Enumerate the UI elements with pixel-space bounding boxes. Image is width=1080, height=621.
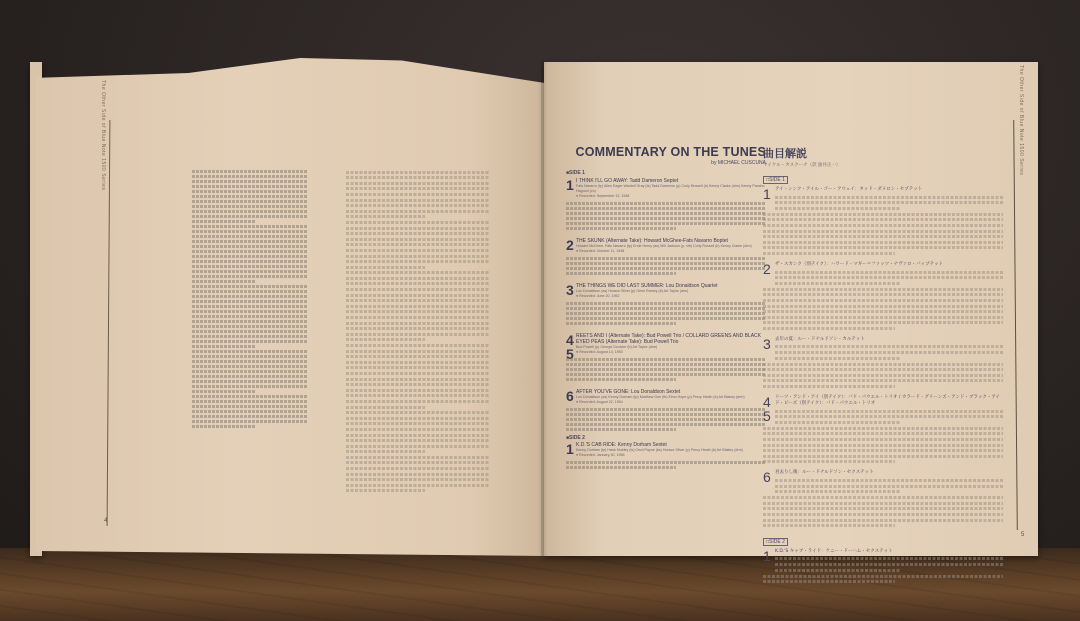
body-text-line	[346, 450, 425, 453]
body-text-line	[775, 410, 1003, 413]
body-text-line	[775, 276, 1003, 279]
body-text-line	[192, 230, 308, 233]
body-text-line	[763, 449, 1003, 452]
jp-track-title: ザ・スカンク（別テイク）：ハワード・マギー＝ファッツ・ナヴァロ・バップテット	[775, 262, 1003, 268]
body-text-line	[763, 235, 1003, 238]
track-recorded: ● Recorded: September 13, 1948	[576, 194, 766, 199]
body-text-line	[346, 461, 490, 464]
body-text-line	[192, 295, 308, 298]
body-text-line	[566, 227, 676, 230]
body-text-line	[192, 325, 308, 328]
track-recorded: ● Recorded: January 30, 1955	[576, 453, 766, 458]
body-text-line	[192, 280, 256, 283]
body-text-line	[192, 170, 308, 173]
body-text-line	[346, 299, 490, 302]
body-text-line	[763, 575, 1003, 578]
right-running-header: The Other Side of Blue Note 1500 Series	[1018, 65, 1024, 175]
body-text-line	[346, 182, 490, 185]
body-text-line	[763, 374, 1003, 377]
body-text-line	[346, 333, 490, 336]
body-text-line	[346, 171, 490, 174]
body-text-line	[763, 224, 1003, 227]
jp-track-number: 2	[763, 262, 771, 276]
body-text-line	[192, 380, 308, 383]
body-text-line	[775, 207, 900, 210]
body-text-line	[566, 222, 766, 225]
body-text-line	[763, 455, 1003, 458]
body-text-line	[763, 218, 1003, 221]
body-text-line	[192, 185, 308, 188]
body-text-line	[192, 210, 308, 213]
jp-track-entry: 2ザ・スカンク（別テイク）：ハワード・マギー＝ファッツ・ナヴァロ・バップテット	[763, 262, 1003, 330]
body-text-line	[192, 395, 308, 398]
body-text-line	[775, 557, 1003, 560]
body-text-line	[346, 428, 490, 431]
body-text-line	[566, 317, 766, 320]
jp-track-number: 45	[763, 395, 771, 423]
body-text-line	[775, 351, 1003, 354]
body-text-line	[192, 370, 308, 373]
body-text-line	[192, 240, 308, 243]
track-entry: 1K.D.'S CAB RIDE: Kenny Dorham SextetKen…	[566, 442, 766, 469]
left-english-column	[192, 168, 308, 430]
liner-notes-booklet: The Other Side of Blue Note 1500 Series …	[0, 0, 1080, 621]
side-1-label: ■SIDE 1	[566, 170, 766, 176]
left-running-header: The Other Side of Blue Note 1500 Series	[100, 80, 106, 190]
jp-track-entry: 1K.D.'S キャブ・ライド：ケニー・ドーハム・セクステット	[763, 549, 1003, 583]
body-text-line	[763, 460, 895, 463]
track-personnel: Fats Navarro (tp) Allen Eager Wardell Gr…	[576, 184, 766, 194]
body-text-line	[192, 405, 308, 408]
body-text-line	[566, 413, 766, 416]
body-text-line	[566, 262, 766, 265]
jp-track-number: 1	[763, 187, 771, 201]
body-text-line	[192, 245, 308, 248]
body-text-line	[192, 175, 308, 178]
track-recorded: ● Recorded: October 11, 1948	[576, 249, 766, 254]
body-text-line	[192, 220, 256, 223]
body-text-line	[192, 250, 308, 253]
body-text-line	[192, 275, 308, 278]
body-text-line	[192, 305, 308, 308]
body-text-line	[192, 390, 256, 393]
body-text-line	[192, 400, 308, 403]
japanese-commentary-title: 曲目解説	[763, 145, 1003, 161]
body-text-line	[192, 340, 308, 343]
jp-track-entry: 45リーツ・アンド・アイ（別テイク）：バド・パウエル・トリオ / カラード・グリ…	[763, 395, 1003, 463]
body-text-line	[566, 461, 766, 464]
body-text-line	[346, 422, 490, 425]
body-text-line	[763, 438, 1003, 441]
body-text-line	[192, 235, 308, 238]
jp-track-title: 君去りし後：ルー・ドナルドソン・セクステット	[775, 470, 1003, 476]
body-text-line	[192, 310, 308, 313]
body-text-line	[192, 190, 308, 193]
body-text-line	[566, 466, 676, 469]
body-text-line	[775, 479, 1003, 482]
body-text-line	[192, 265, 308, 268]
body-text-line	[763, 379, 1003, 382]
body-text-line	[763, 327, 895, 330]
jp-track-number: 1	[763, 549, 771, 563]
track-title: REETS AND I (Alternate Take): Bud Powell…	[576, 333, 766, 345]
body-text-line	[566, 302, 766, 305]
body-text-line	[566, 408, 766, 411]
body-text-line	[346, 350, 490, 353]
body-text-line	[763, 502, 1003, 505]
booklet-gutter	[541, 60, 547, 556]
body-text-line	[346, 215, 425, 218]
commentary-title: COMMENTARY ON THE TUNES	[566, 145, 766, 159]
body-text-line	[566, 212, 766, 215]
body-text-line	[763, 368, 1003, 371]
body-text-line	[346, 389, 490, 392]
body-text-line	[192, 335, 308, 338]
body-text-line	[346, 305, 490, 308]
track-number: 6	[566, 389, 574, 403]
body-text-line	[763, 427, 1003, 430]
body-text-line	[192, 365, 308, 368]
body-text-line	[346, 204, 490, 207]
body-text-line	[763, 363, 1003, 366]
body-text-line	[763, 524, 895, 527]
body-text-line	[763, 321, 1003, 324]
body-text-line	[346, 294, 490, 297]
jp-track-entry: 3去年の夏：ルー・ドナルドソン・カルテット	[763, 337, 1003, 388]
left-japanese-column	[346, 168, 490, 495]
track-entry: 2THE SKUNK (Alternate Take): Howard McGh…	[566, 238, 766, 275]
jp-track-entry: 6君去りし後：ルー・ドナルドソン・セクステット	[763, 470, 1003, 527]
body-text-line	[763, 230, 1003, 233]
body-text-line	[346, 406, 425, 409]
track-recorded: ● Recorded: June 20, 1952	[576, 294, 766, 299]
body-text-line	[775, 415, 1003, 418]
body-text-line	[775, 201, 1003, 204]
body-text-line	[775, 271, 1003, 274]
body-text-line	[346, 344, 490, 347]
side-2-label: ■SIDE 2	[566, 435, 766, 441]
body-text-line	[346, 210, 490, 213]
body-text-line	[192, 350, 308, 353]
track-entry: 45REETS AND I (Alternate Take): Bud Powe…	[566, 333, 766, 381]
body-text-line	[775, 490, 900, 493]
body-text-line	[346, 489, 425, 492]
body-text-line	[346, 199, 490, 202]
body-text-line	[346, 271, 490, 274]
body-text-line	[566, 423, 766, 426]
track-number: 1	[566, 442, 574, 456]
body-text-line	[346, 255, 490, 258]
track-entry: 1I THINK I'LL GO AWAY: Tadd Dameron Sept…	[566, 178, 766, 230]
body-text-line	[763, 519, 1003, 522]
body-text-line	[566, 378, 676, 381]
track-recorded: ● Recorded: August 22, 1954	[576, 400, 766, 405]
body-text-line	[566, 428, 676, 431]
body-text-line	[763, 580, 895, 583]
body-text-line	[192, 425, 256, 428]
body-text-line	[775, 196, 1003, 199]
body-text-line	[192, 315, 308, 318]
body-text-line	[192, 270, 308, 273]
body-text-line	[346, 260, 490, 263]
left-page-number: 4	[104, 518, 107, 524]
body-text-line	[346, 366, 490, 369]
jp-track-number: 3	[763, 337, 771, 351]
track-number: 1	[566, 178, 574, 192]
body-text-line	[566, 257, 766, 260]
track-number: 2	[566, 238, 574, 252]
body-text-line	[192, 320, 308, 323]
body-text-line	[346, 310, 490, 313]
commentary-section: COMMENTARY ON THE TUNES by MICHAEL CUSCU…	[566, 145, 766, 471]
jp-track-title: K.D.'S キャブ・ライド：ケニー・ドーハム・セクステット	[775, 549, 1003, 555]
body-text-line	[763, 432, 1003, 435]
body-text-line	[192, 260, 308, 263]
body-text-line	[192, 215, 308, 218]
body-text-line	[346, 439, 490, 442]
body-text-line	[346, 238, 490, 241]
body-text-line	[775, 563, 1003, 566]
body-text-line	[192, 225, 308, 228]
body-text-line	[763, 246, 1003, 249]
body-text-line	[346, 193, 490, 196]
body-text-line	[192, 410, 308, 413]
body-text-line	[192, 415, 308, 418]
body-text-line	[763, 305, 1003, 308]
body-text-line	[566, 202, 766, 205]
body-text-line	[346, 232, 490, 235]
body-text-line	[763, 496, 1003, 499]
body-text-line	[763, 310, 1003, 313]
body-text-line	[346, 227, 490, 230]
body-text-line	[346, 361, 490, 364]
body-text-line	[763, 293, 1003, 296]
body-text-line	[346, 355, 490, 358]
body-text-line	[346, 473, 490, 476]
body-text-line	[192, 290, 308, 293]
body-text-line	[192, 195, 308, 198]
body-text-line	[346, 338, 425, 341]
body-text-line	[346, 277, 490, 280]
body-text-line	[763, 316, 1003, 319]
body-text-line	[346, 288, 490, 291]
body-text-line	[192, 345, 256, 348]
body-text-line	[775, 345, 1003, 348]
body-text-line	[763, 513, 1003, 516]
track-entry: 3THE THINGS WE DID LAST SUMMER: Lou Dona…	[566, 283, 766, 325]
commentary-byline: by MICHAEL CUSCUNA	[566, 160, 766, 166]
body-text-line	[192, 375, 308, 378]
body-text-line	[775, 485, 1003, 488]
body-text-line	[566, 368, 766, 371]
body-text-line	[566, 363, 766, 366]
body-text-line	[346, 249, 490, 252]
body-text-line	[566, 272, 676, 275]
body-text-line	[346, 383, 490, 386]
body-text-line	[192, 300, 308, 303]
body-text-line	[346, 176, 490, 179]
body-text-line	[763, 241, 1003, 244]
jp-side-2-label: □SIDE 2	[763, 538, 788, 546]
body-text-line	[763, 213, 1003, 216]
jp-track-number: 6	[763, 470, 771, 484]
body-text-line	[192, 420, 308, 423]
body-text-line	[346, 478, 490, 481]
jp-track-title: リーツ・アンド・アイ（別テイク）：バド・パウエル・トリオ / カラード・グリーン…	[775, 395, 1003, 407]
body-text-line	[192, 255, 308, 258]
body-text-line	[566, 307, 766, 310]
body-text-line	[763, 288, 1003, 291]
body-text-line	[763, 252, 895, 255]
body-text-line	[566, 312, 766, 315]
track-number: 3	[566, 283, 574, 297]
body-text-line	[346, 378, 490, 381]
body-text-line	[566, 373, 766, 376]
body-text-line	[346, 445, 490, 448]
body-text-line	[192, 205, 308, 208]
body-text-line	[192, 360, 308, 363]
track-number: 45	[566, 333, 574, 361]
body-text-line	[346, 243, 490, 246]
jp-track-title: 去年の夏：ルー・ドナルドソン・カルテット	[775, 337, 1003, 343]
body-text-line	[192, 385, 308, 388]
body-text-line	[566, 418, 766, 421]
body-text-line	[566, 358, 766, 361]
body-text-line	[763, 444, 1003, 447]
body-text-line	[192, 200, 308, 203]
body-text-line	[775, 569, 900, 572]
body-text-line	[346, 372, 490, 375]
body-text-line	[192, 355, 308, 358]
jp-track-entry: 1アイ・シンク・アイル・ゴー・アウェイ：タッド・ダメロン・セプテット	[763, 187, 1003, 255]
body-text-line	[763, 385, 895, 388]
body-text-line	[192, 330, 308, 333]
body-text-line	[775, 357, 900, 360]
body-text-line	[346, 322, 490, 325]
japanese-commentary-section: 曲目解説 マイケル・カスクーナ（訳 油井正一） □SIDE 1 1アイ・シンク・…	[763, 145, 1003, 586]
track-recorded: ● Recorded: August 14, 1953	[576, 350, 766, 355]
body-text-line	[763, 507, 1003, 510]
body-text-line	[775, 421, 900, 424]
jp-track-title: アイ・シンク・アイル・ゴー・アウェイ：タッド・ダメロン・セプテット	[775, 187, 1003, 193]
body-text-line	[346, 327, 490, 330]
body-text-line	[346, 187, 490, 190]
body-text-line	[566, 322, 676, 325]
body-text-line	[566, 267, 766, 270]
body-text-line	[346, 434, 490, 437]
body-text-line	[346, 394, 490, 397]
body-text-line	[346, 467, 490, 470]
body-text-line	[346, 400, 490, 403]
body-text-line	[192, 180, 308, 183]
body-text-line	[763, 299, 1003, 302]
body-text-line	[566, 207, 766, 210]
body-text-line	[346, 282, 490, 285]
jp-side-1-label: □SIDE 1	[763, 176, 788, 184]
body-text-line	[566, 217, 766, 220]
body-text-line	[346, 417, 490, 420]
body-text-line	[346, 316, 490, 319]
japanese-commentary-byline: マイケル・カスクーナ（訳 油井正一）	[763, 162, 1003, 168]
body-text-line	[346, 456, 490, 459]
body-text-line	[775, 282, 900, 285]
right-page-number: 5	[1021, 532, 1024, 538]
body-text-line	[346, 266, 425, 269]
body-text-line	[346, 221, 490, 224]
body-text-line	[192, 285, 308, 288]
body-text-line	[346, 484, 490, 487]
body-text-line	[346, 411, 490, 414]
track-entry: 6AFTER YOU'VE GONE: Lou Donaldson Sextet…	[566, 389, 766, 431]
